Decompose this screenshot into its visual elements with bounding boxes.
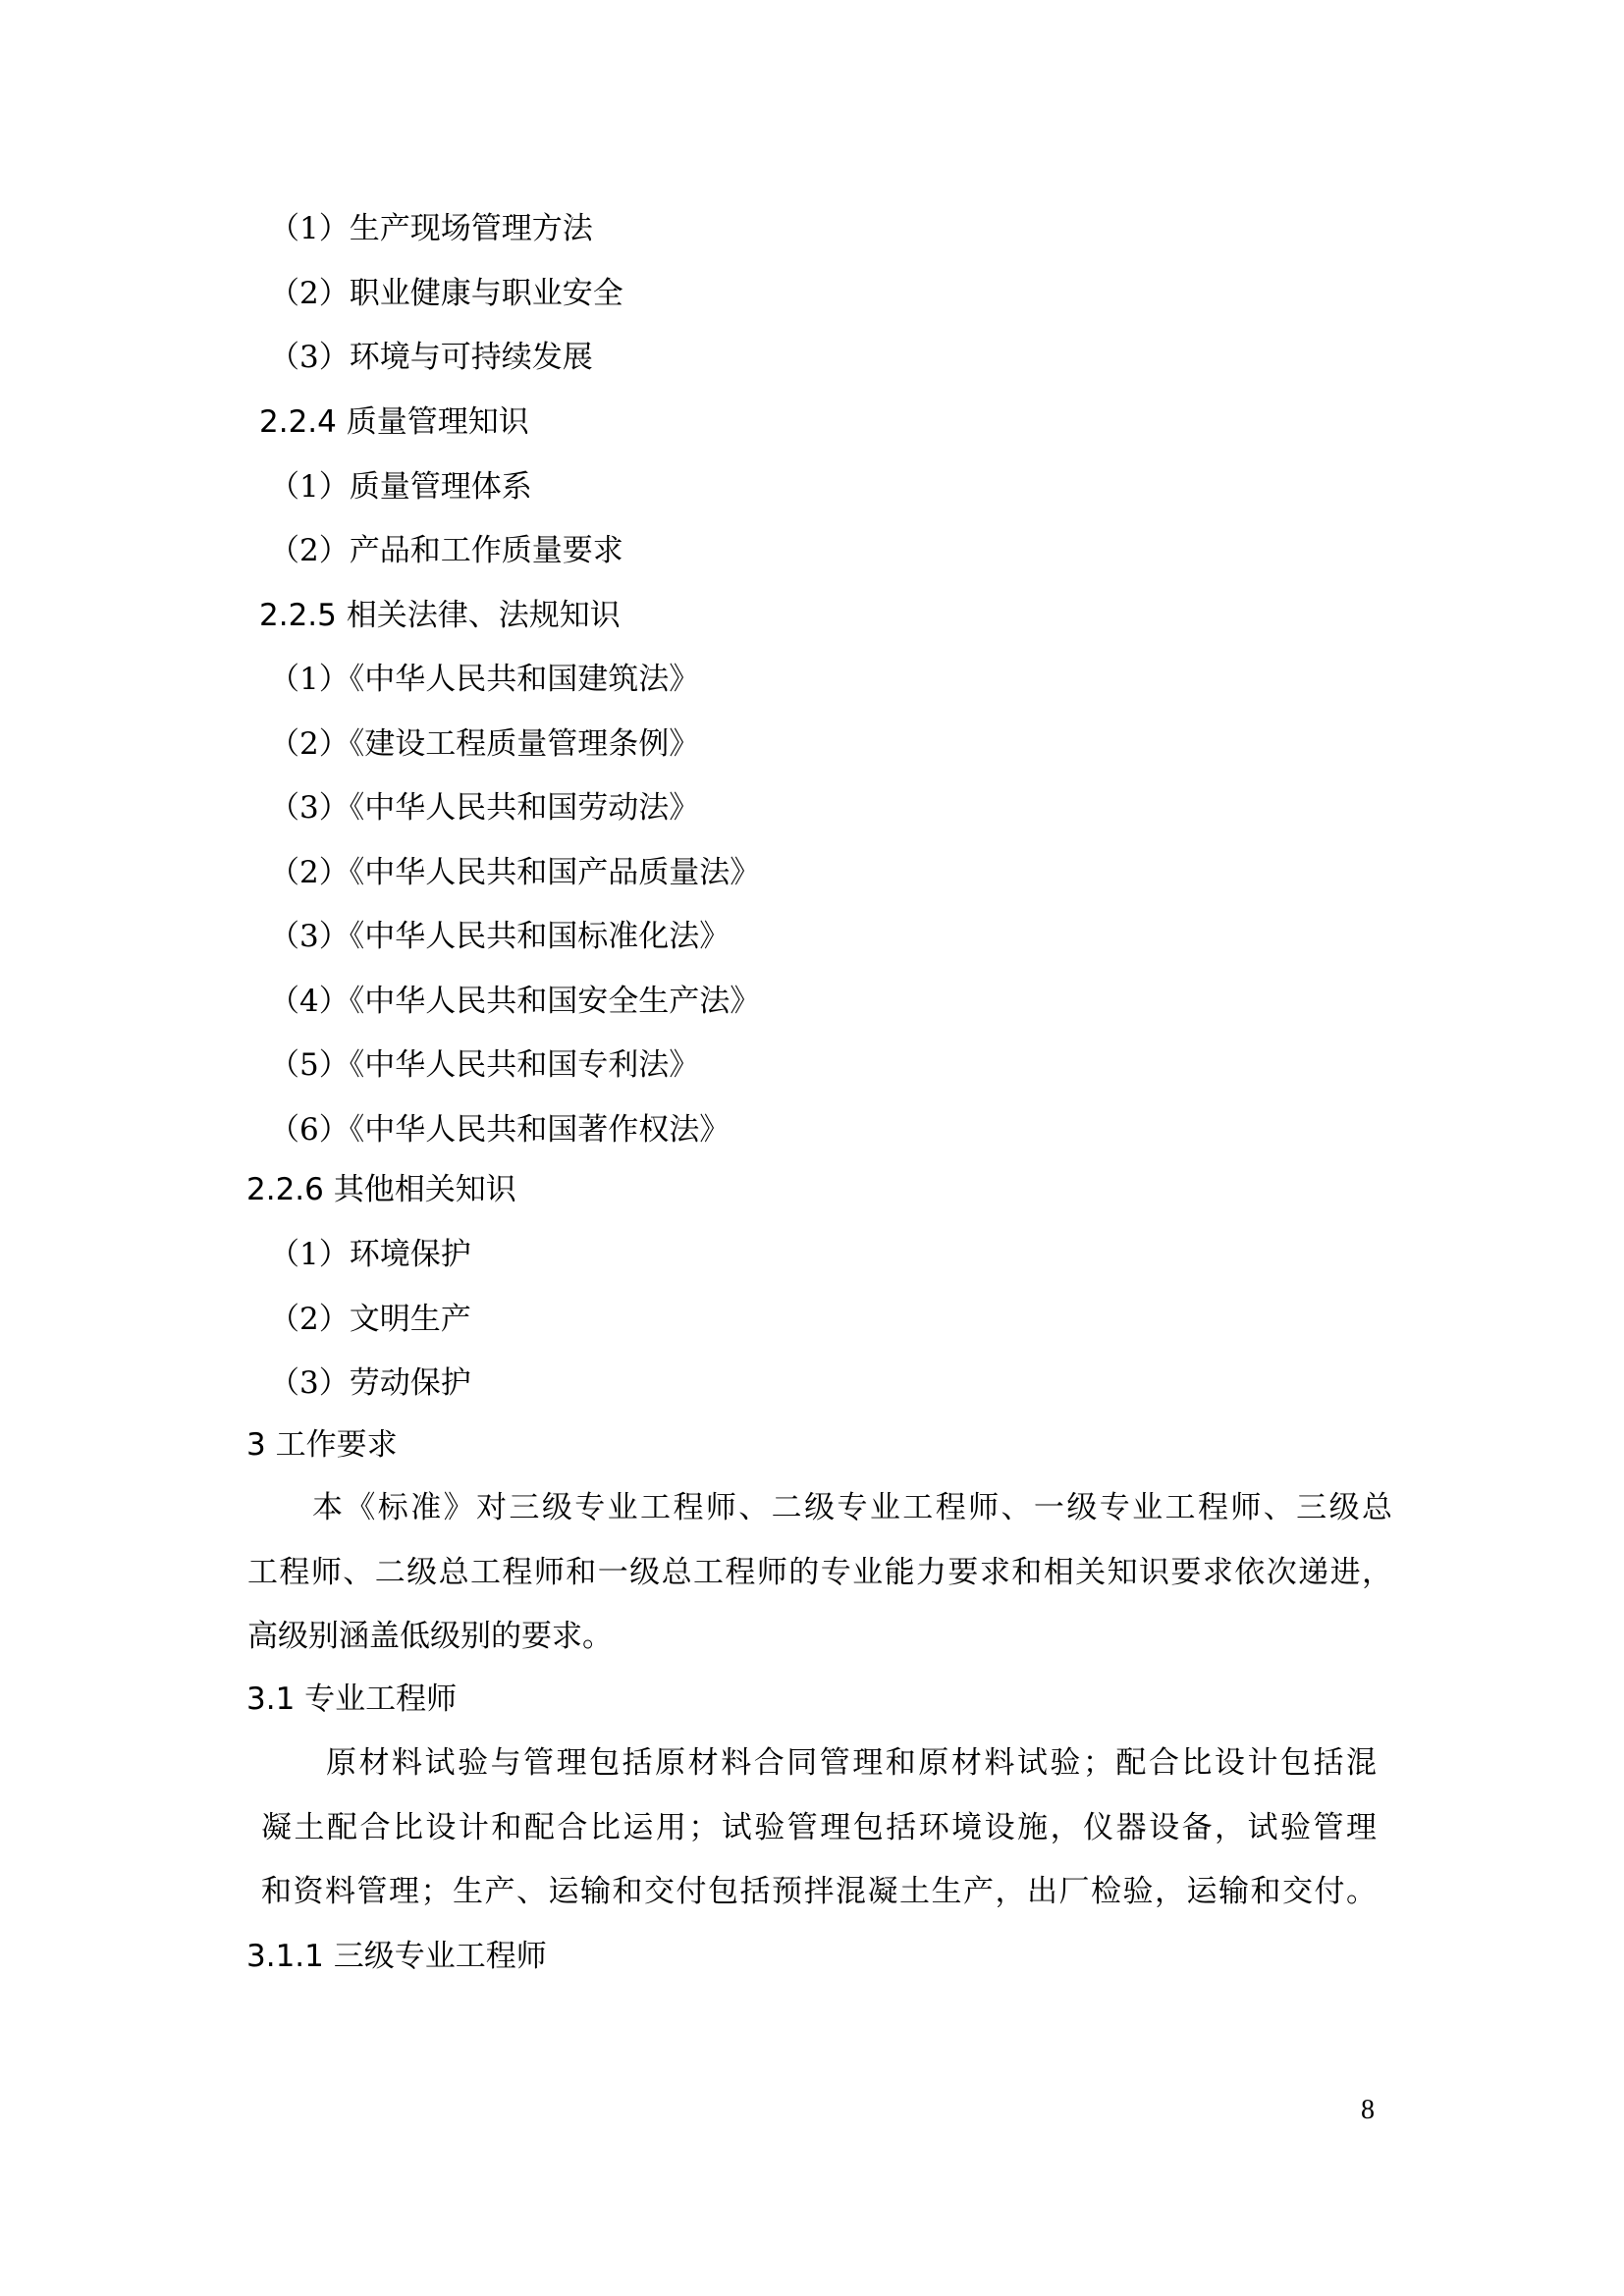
section-heading-3-1: 3.1 专业工程师 [246,1680,457,1719]
paragraph-line: 原材料试验与管理包括原材料合同管理和原材料试验；配合比设计包括混 [261,1732,1377,1796]
paragraph-professional-engineer: 原材料试验与管理包括原材料合同管理和原材料试验；配合比设计包括混 凝土配合比设计… [261,1732,1377,1925]
law-list-item: （3）《中华人民共和国劳动法》 [269,788,699,828]
law-list-item: （3）《中华人民共和国标准化法》 [269,917,730,956]
section-heading-2-2-5: 2.2.5 相关法律、法规知识 [259,596,621,635]
section-heading-2-2-4: 2.2.4 质量管理知识 [259,402,529,442]
section-heading-2-2-6: 2.2.6 其他相关知识 [246,1170,516,1209]
list-item: （2）文明生产 [269,1300,471,1339]
law-list-item: （4）《中华人民共和国安全生产法》 [269,982,760,1021]
list-item: （2）产品和工作质量要求 [269,531,623,570]
list-item: （1）环境保护 [269,1235,471,1274]
section-heading-3-1-1: 3.1.1 三级专业工程师 [246,1937,547,1976]
paragraph-line: 本《标准》对三级专业工程师、二级专业工程师、一级专业工程师、三级总 [247,1476,1392,1541]
law-list-item: （6）《中华人民共和国著作权法》 [269,1110,730,1149]
list-item: （2）职业健康与职业安全 [269,274,623,313]
law-list-item: （2）《建设工程质量管理条例》 [269,724,699,764]
list-item: （3）劳动保护 [269,1363,471,1403]
list-item: （3）环境与可持续发展 [269,338,593,377]
list-item: （1）质量管理体系 [269,467,532,507]
paragraph-line: 高级别涵盖低级别的要求。 [247,1605,1392,1670]
paragraph-line: 工程师、二级总工程师和一级总工程师的专业能力要求和相关知识要求依次递进， [247,1541,1392,1606]
paragraph-line: 凝土配合比设计和配合比运用；试验管理包括环境设施，仪器设备，试验管理 [261,1796,1377,1861]
paragraph-line: 和资料管理；生产、运输和交付包括预拌混凝土生产，出厂检验，运输和交付。 [261,1860,1377,1925]
law-list-item: （5）《中华人民共和国专利法》 [269,1045,699,1085]
paragraph-work-requirements: 本《标准》对三级专业工程师、二级专业工程师、一级专业工程师、三级总 工程师、二级… [247,1476,1392,1670]
law-list-item: （2）《中华人民共和国产品质量法》 [269,853,760,892]
section-heading-3: 3 工作要求 [246,1425,398,1465]
law-list-item: （1）《中华人民共和国建筑法》 [269,660,699,699]
page-number: 8 [1361,2095,1375,2126]
document-page: （1）生产现场管理方法 （2）职业健康与职业安全 （3）环境与可持续发展 2.2… [0,0,1624,2296]
list-item: （1）生产现场管理方法 [269,209,593,248]
